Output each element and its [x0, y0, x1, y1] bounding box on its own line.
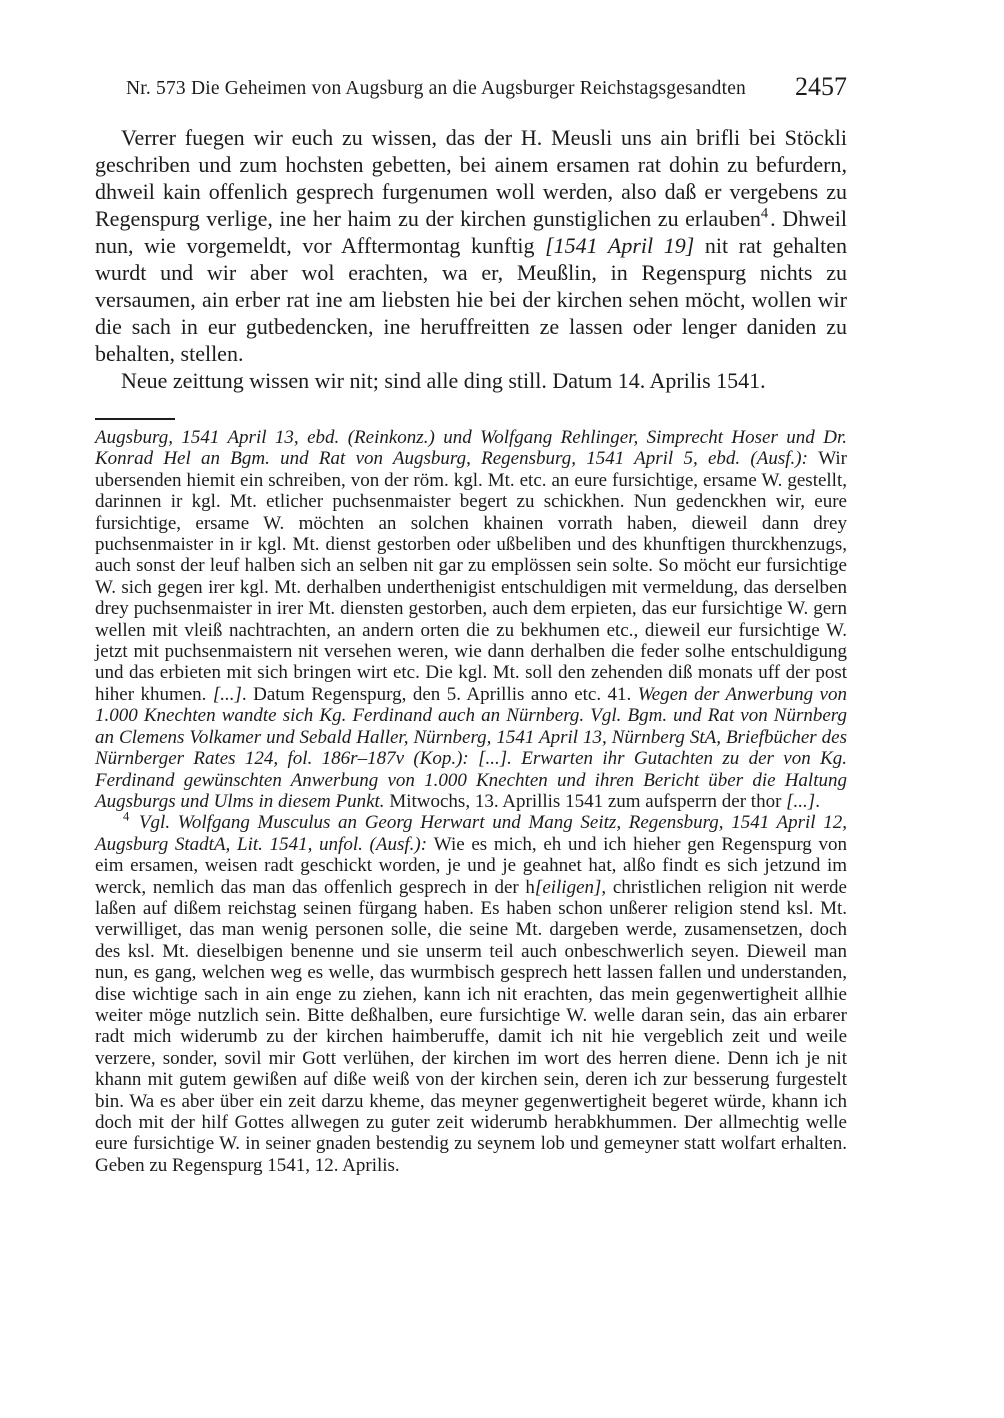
footnote-3-continuation: Augsburg, 1541 April 13, ebd. (Reinkonz.… — [95, 427, 847, 812]
running-title: Nr. 573 Die Geheimen von Augsburg an die… — [95, 78, 847, 100]
footnotes: Augsburg, 1541 April 13, ebd. (Reinkonz.… — [95, 427, 847, 1176]
footnote-separator — [95, 418, 175, 420]
book-page: Nr. 573 Die Geheimen von Augsburg an die… — [0, 0, 1004, 1418]
page-content: Nr. 573 Die Geheimen von Augsburg an die… — [95, 78, 847, 1176]
running-header: Nr. 573 Die Geheimen von Augsburg an die… — [95, 78, 847, 108]
body-paragraph: Neue zeittung wissen wir nit; sind alle … — [95, 367, 847, 394]
body-paragraph: Verrer fuegen wir euch zu wissen, das de… — [95, 124, 847, 367]
footnote-4: 4 Vgl. Wolfgang Musculus an Georg Herwar… — [95, 812, 847, 1176]
letter-body: Verrer fuegen wir euch zu wissen, das de… — [95, 124, 847, 394]
page-number: 2457 — [795, 72, 847, 102]
